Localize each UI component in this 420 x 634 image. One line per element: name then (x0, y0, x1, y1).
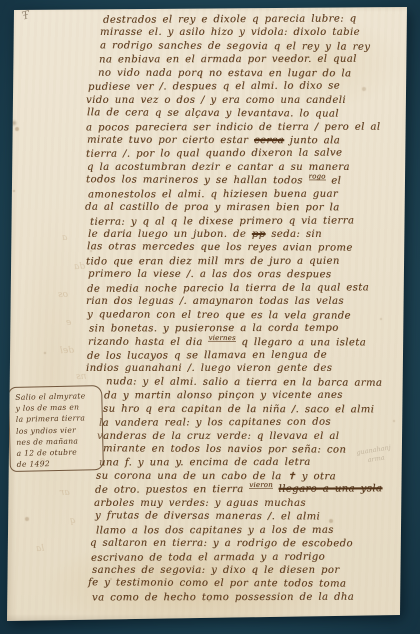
margin-note-box: Salio el almyratey los de mas enla prime… (8, 385, 104, 472)
bleedthrough-mark: la (36, 544, 45, 554)
manuscript-text-segment: rogo (309, 174, 326, 181)
manuscript-line: y quedaron con el treo que es la vela gr… (87, 309, 389, 324)
manuscript-text-segment: le daria luego un jubon. de (88, 229, 252, 240)
manuscript-line: vanderas de la cruz verde: q llevava el … (97, 431, 389, 444)
manuscript-line: destrados el rey e dixole q parecia lubr… (103, 13, 389, 28)
manuscript-line: de los lucayos q se llamava en lengua de (87, 349, 389, 364)
manuscript-text-segment: y quedaron con el treo que es la vela gr… (87, 309, 351, 321)
manuscript-text-segment: una f. y una y. encima de cada letra (99, 457, 311, 469)
manuscript-text-segment: no vido nada porq no estava en lugar do … (98, 67, 351, 79)
manuscript-text-segment: las otras mercedes que los reyes avian p… (87, 242, 353, 254)
manuscript-text-segment: rizando hasta el dia (88, 336, 208, 347)
manuscript-line: q la acostumbran dezir e cantar a su man… (87, 162, 389, 175)
manuscript-line: amonestolos el almi. q hiziesen buena gu… (88, 188, 389, 202)
manuscript-text-segment: lla de cera q se alçava y levantava. lo … (87, 107, 339, 119)
manuscript-text-segment: seda: sin (266, 229, 322, 240)
manuscript-text-segment: su corona una de un cabo de la ✝ y otra (96, 470, 336, 482)
manuscript-text-segment: de media noche parecio la tierra de la q… (87, 282, 369, 294)
bleedthrough-mark: a (62, 233, 68, 243)
manuscript-text-segment: q llegaro a una isleta (236, 336, 366, 347)
bleedthrough-mark: os (58, 290, 68, 300)
manuscript-line: escrivano de toda el armada y a rodrigo (91, 551, 389, 566)
foxing-spots (0, 0, 2, 2)
photo-background: adaosedelnsoarqla Ŧ destrados el rey e d… (0, 0, 420, 634)
manuscript-line: llamo a los dos capitanes y a los de mas (96, 524, 389, 538)
manuscript-text-segment: q saltaron en tierra: y a rodrigo de esc… (90, 538, 353, 550)
manuscript-text-segment: vieron (249, 482, 273, 489)
manuscript-page: adaosedelnsoarqla Ŧ destrados el rey e d… (0, 0, 420, 634)
manuscript-line: y frutas de diversas maneras /. el almi (95, 510, 389, 525)
manuscript-line: da y martin alonso pinçon y vicente anes (104, 390, 389, 404)
bleedthrough-mark: del (60, 346, 74, 356)
manuscript-line: de otro. puestos en tierra vieron llegar… (95, 484, 389, 499)
manuscript-text-segment: de otro. puestos en tierra (95, 484, 249, 496)
manuscript-text-segment: todos los marineros y se hallan todos (86, 174, 309, 186)
manuscript-text-segment: na enbiava en el armada por veedor. el q… (99, 54, 357, 66)
manuscript-text-segment: pp (252, 229, 266, 240)
manuscript-text-segment: amonestolos el almi. q hiziesen buena gu… (88, 188, 338, 200)
manuscript-line: le daria luego un jubon. de pp seda: sin (88, 229, 389, 242)
manuscript-text-segment: junto ala (284, 135, 340, 146)
manuscript-text-segment: fe y testimonio como el por ante todos t… (88, 578, 346, 590)
manuscript-text-segment: destrados el rey e dixole q parecia lubr… (103, 13, 357, 25)
margin-note-text: Salio el almyratey los de mas enla prime… (15, 390, 100, 470)
bleedthrough-mark: e (66, 318, 72, 328)
manuscript-text-segment: y frutas de diversas maneras /. el almi (95, 510, 320, 522)
manuscript-text-segment: llegaro a una ysla (279, 484, 383, 496)
manuscript-text-segment: la vandera real: y los capitanes con dos (99, 417, 331, 429)
manuscript-line: mirasse el. y asilo hizo y vidola: dixol… (100, 27, 389, 40)
manuscript-line: de media noche parecio la tierra de la q… (87, 282, 389, 297)
manuscript-text-segment: tido que eran diez mill mrs de juro a qu… (86, 256, 340, 268)
manuscript-text-segment: el (326, 176, 342, 187)
manuscript-line: su hro q era capitan de la niña /. saco … (103, 403, 389, 417)
manuscript-text-segment: vido una vez o dos / y era como una cand… (86, 95, 346, 106)
manuscript-text-segment: va como de hecho tomo possession de la d… (92, 592, 354, 604)
manuscript-text-segment: da y martin alonso pinçon y vicente anes (104, 390, 343, 402)
manuscript-line: rian dos leguas /. amaynaron todas las v… (86, 296, 389, 309)
manuscript-line: primero la viese /. a las dos oras despu… (88, 269, 389, 283)
manuscript-line: q saltaron en tierra: y a rodrigo de esc… (90, 538, 389, 552)
manuscript-line: indios guanahani /. luego vieron gente d… (86, 363, 389, 376)
manuscript-text-segment: escrivano de toda el armada y a rodrigo (91, 551, 325, 563)
manuscript-text-segment: tierra: y q al q le dixese primero q via… (90, 215, 354, 227)
manuscript-line: na enbiava en el armada por veedor. el q… (99, 54, 389, 68)
manuscript-line: pudiese ver /. despues q el almi. lo dix… (88, 80, 389, 95)
manuscript-line: lla de cera q se alçava y levantava. lo … (87, 107, 389, 122)
manuscript-text-segment: rian dos leguas /. amaynaron todas las v… (86, 296, 344, 307)
manuscript-line: da al castillo de proa y mirasen bien po… (85, 202, 389, 216)
manuscript-text-segment: sin bonetas. y pusieronse a la corda tem… (89, 323, 339, 335)
manuscript-text-segment: su hro q era capitan de la niña /. saco … (103, 403, 374, 415)
manuscript-line: todos los marineros y se hallan todos ro… (86, 174, 389, 189)
bleedthrough-mark: q (70, 516, 76, 526)
manuscript-text-segment: cerca (254, 135, 284, 146)
manuscript-line: la vandera real: y los capitanes con dos (99, 416, 389, 431)
bleedthrough-mark: ar (60, 488, 70, 498)
manuscript-text-segment: mirate tuvo por cierto estar (87, 135, 254, 146)
manuscript-line: sin bonetas. y pusieronse a la corda tem… (89, 323, 389, 337)
manuscript-text-segment: a rodrigo sanches de segovia q el rey y … (100, 40, 370, 52)
manuscript-text-segment: llamo a los dos capitanes y a los de mas (96, 524, 334, 536)
paper-shadow: adaosedelnsoarqla Ŧ destrados el rey e d… (0, 0, 420, 634)
manuscript-line: las otras mercedes que los reyes avian p… (87, 242, 389, 257)
main-text-block: destrados el rey e dixole q parecia lubr… (84, 14, 389, 605)
manuscript-text-segment: viernes (208, 334, 235, 341)
manuscript-line: fe y testimonio como el por ante todos t… (88, 578, 389, 593)
manuscript-line: a pocos pareciera ser indicio de tierra … (86, 121, 389, 135)
manuscript-line: tido que eran diez mill mrs de juro a qu… (86, 255, 389, 269)
manuscript-text-segment: q la acostumbran dezir e cantar a su man… (87, 162, 350, 173)
manuscript-text-segment: mirasse el. y asilo hizo y vidola: dixol… (100, 27, 360, 38)
manuscript-line: vido una vez o dos / y era como una cand… (86, 95, 389, 108)
manuscript-text-segment: tierra /. por lo qual quando dixeron la … (86, 148, 342, 160)
margin-note-line: de 1492 (17, 457, 100, 470)
manuscript-text-segment: da al castillo de proa y mirasen bien po… (85, 202, 340, 214)
manuscript-text-segment: vanderas de la cruz verde: q llevava el … (97, 431, 339, 442)
manuscript-text-segment: mirante en todos los navios por seña: co… (103, 443, 346, 455)
manuscript-line: sanches de segovia: y dixo q le diesen p… (92, 565, 389, 578)
manuscript-line: tierra: y q al q le dixese primero q via… (90, 215, 389, 230)
paper-stain (18, 210, 88, 540)
pencil-folio-mark: Ŧ (21, 8, 31, 22)
manuscript-line: va como de hecho tomo possession de la d… (92, 591, 389, 605)
manuscript-text-segment: a pocos pareciera ser indicio de tierra … (86, 121, 381, 133)
manuscript-text-segment: de los lucayos q se llamava en lengua de (87, 349, 327, 361)
manuscript-line: tierra /. por lo qual quando dixeron la … (86, 148, 389, 163)
manuscript-text-segment: sanches de segovia: y dixo q le diesen p… (92, 565, 340, 576)
manuscript-text-segment: arboles muy verdes: y aguas muchas (94, 498, 306, 509)
manuscript-text-segment: primero la viese /. a las dos oras despu… (88, 269, 332, 281)
manuscript-line: rizando hasta el dia viernes q llegaro a… (88, 336, 389, 350)
manuscript-text-segment: pudiese ver /. despues q el almi. lo dix… (88, 81, 340, 93)
manuscript-text-segment: nuda: y el almi. salio a tierra en la ba… (106, 376, 382, 388)
manuscript-text-segment: indios guanahani /. luego vieron gente d… (86, 363, 332, 374)
manuscript-line: una f. y una y. encima de cada letra (99, 457, 389, 471)
manuscript-line: arboles muy verdes: y aguas muchas (94, 498, 389, 511)
